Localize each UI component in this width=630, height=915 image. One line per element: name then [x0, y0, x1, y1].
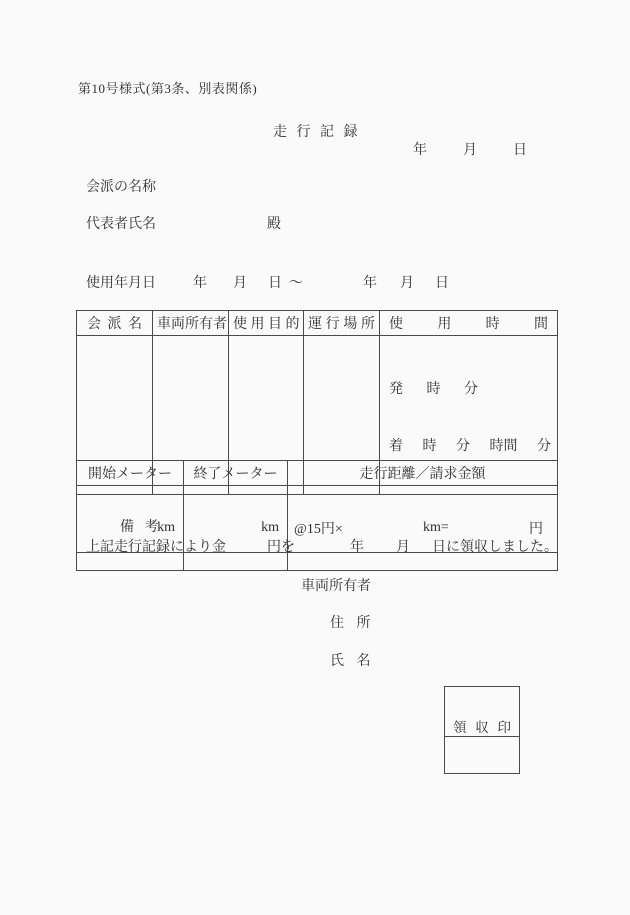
- billing-formula: @15円× km= 円: [288, 518, 557, 538]
- header-date-day-label: 日: [513, 139, 527, 159]
- rate-label: @15円×: [294, 518, 343, 538]
- header-date-year-label: 年: [413, 139, 427, 159]
- receipt-year-label: 年: [350, 536, 364, 556]
- receipt-statement-prefix: 上記走行記録により金: [86, 536, 226, 556]
- header-start-meter: 開始メーター: [77, 461, 184, 486]
- receipt-month-label: 月: [396, 536, 410, 556]
- usage-end-day-label: 日: [435, 272, 449, 292]
- faction-name-label: 会派の名称: [86, 176, 156, 196]
- receipt-stamp-label: 領 収 印: [445, 719, 519, 737]
- start-meter-cell: km: [77, 486, 184, 571]
- signature-owner-label: 車両所有者: [301, 575, 371, 595]
- driving-record-form-page: 第10号様式(第3条、別表関係) 走 行 記 録 年 月 日 会派の名称 代表者…: [0, 0, 630, 915]
- usage-start-day-label: 日: [268, 272, 282, 292]
- signature-name-label: 氏 名: [330, 650, 371, 670]
- receipt-statement-suffix: 日に領収しました。: [432, 536, 558, 556]
- header-end-meter: 終了メーター: [184, 461, 288, 486]
- usage-end-month-label: 月: [400, 272, 414, 292]
- usage-start-month-label: 月: [233, 272, 247, 292]
- usage-end-year-label: 年: [363, 272, 377, 292]
- period-tilde: ～: [289, 272, 303, 292]
- header-distance-amount: 走行距離／請求金額: [288, 461, 558, 486]
- departure-time-line: 発 時 分: [389, 380, 557, 399]
- meter-table-entry-row: km km @15円× km= 円: [77, 486, 558, 571]
- end-meter-cell: km: [184, 486, 288, 571]
- receipt-stamp-area: [445, 769, 519, 837]
- header-operation-place: 運 行 場 所: [304, 311, 380, 336]
- amount-unit-label: 円: [529, 518, 543, 538]
- distance-equals-label: km=: [423, 520, 449, 536]
- form-number: 第10号様式(第3条、別表関係): [78, 78, 257, 97]
- distance-amount-cell: @15円× km= 円: [288, 486, 558, 571]
- usage-period-label: 使用年月日: [86, 272, 156, 292]
- receipt-yen-label: 円を: [267, 536, 295, 556]
- meter-table-header-row: 開始メーター 終了メーター 走行距離／請求金額: [77, 461, 558, 486]
- representative-name-label: 代表者氏名: [86, 213, 156, 233]
- usage-start-year-label: 年: [193, 272, 207, 292]
- honorific-label: 殿: [267, 213, 281, 233]
- header-usage-time: 使 用 時 間: [380, 311, 558, 336]
- header-date-month-label: 月: [463, 139, 477, 159]
- arrival-time-line: 着 時 分 時間 分: [389, 437, 557, 456]
- signature-address-label: 住 所: [330, 612, 371, 632]
- page-title: 走 行 記 録: [273, 121, 358, 141]
- header-usage-purpose: 使 用 目 的: [229, 311, 304, 336]
- receipt-stamp-box: 領 収 印: [444, 686, 520, 774]
- header-vehicle-owner: 車両所有者: [153, 311, 229, 336]
- header-faction-name: 会 派 名: [77, 311, 153, 336]
- usage-table-header-row: 会 派 名 車両所有者 使 用 目 的 運 行 場 所 使 用 時 間: [77, 311, 558, 336]
